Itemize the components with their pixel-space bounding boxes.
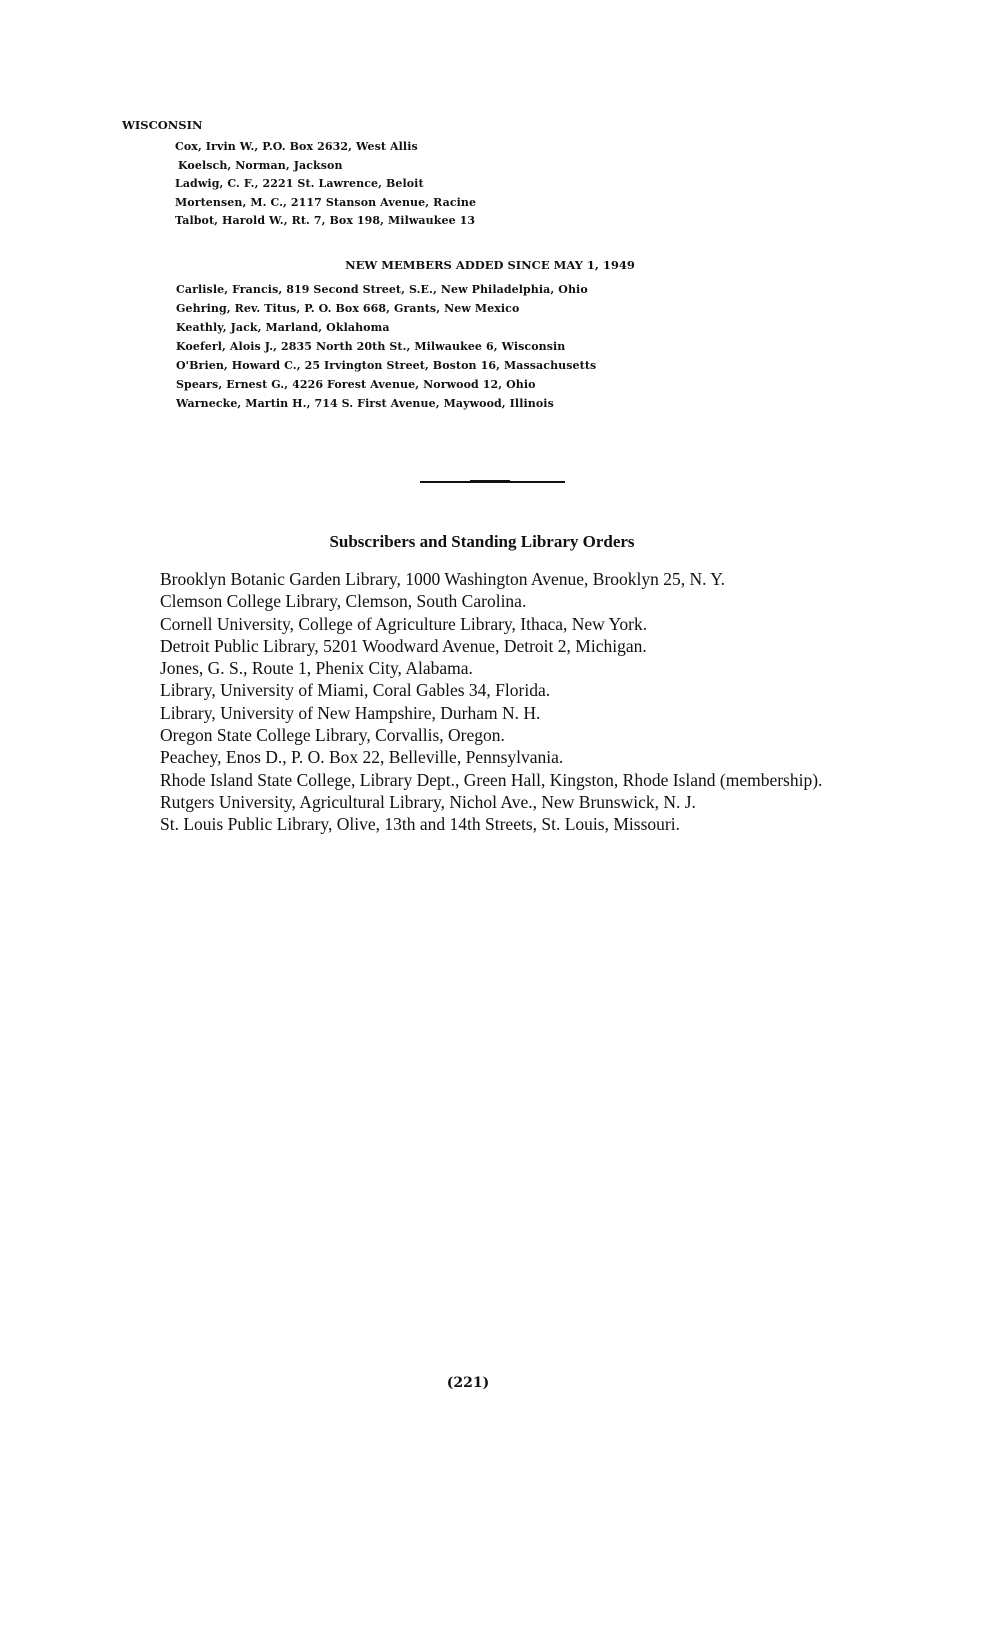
wisconsin-heading: WISCONSIN xyxy=(122,118,202,132)
list-item: Detroit Public Library, 5201 Woodward Av… xyxy=(118,635,858,657)
list-item: Rhode Island State College, Library Dept… xyxy=(118,769,858,791)
subscribers-heading-text: Subscribers and Standing Library Orders xyxy=(329,532,634,551)
new-members-list: Carlisle, Francis, 819 Second Street, S.… xyxy=(176,280,596,413)
subscribers-list: Brooklyn Botanic Garden Library, 1000 Wa… xyxy=(118,568,858,836)
list-item: Cox, Irvin W., P.O. Box 2632, West Allis xyxy=(175,137,476,156)
list-item: Warnecke, Martin H., 714 S. First Avenue… xyxy=(176,394,596,413)
new-members-heading: NEW MEMBERS ADDED SINCE MAY 1, 1949 xyxy=(0,258,1000,272)
subscribers-heading: Subscribers and Standing Library Orders xyxy=(0,532,1000,552)
list-item: Gehring, Rev. Titus, P. O. Box 668, Gran… xyxy=(176,299,596,318)
list-item: Cornell University, College of Agricultu… xyxy=(118,613,858,635)
list-item: Keathly, Jack, Marland, Oklahoma xyxy=(176,318,596,337)
list-item: Rutgers University, Agricultural Library… xyxy=(118,791,858,813)
list-item: Ladwig, C. F., 2221 St. Lawrence, Beloit xyxy=(175,174,476,193)
list-item: Talbot, Harold W., Rt. 7, Box 198, Milwa… xyxy=(175,211,476,230)
list-item: Peachey, Enos D., P. O. Box 22, Bellevil… xyxy=(118,746,858,768)
page-number-text: (221) xyxy=(447,1375,489,1391)
list-item: Brooklyn Botanic Garden Library, 1000 Wa… xyxy=(118,568,858,590)
list-item: St. Louis Public Library, Olive, 13th an… xyxy=(118,813,858,835)
page-number: (221) xyxy=(0,1375,1000,1391)
list-item: Koeferl, Alois J., 2835 North 20th St., … xyxy=(176,337,596,356)
list-item: Library, University of Miami, Coral Gabl… xyxy=(118,679,858,701)
list-item: Library, University of New Hampshire, Du… xyxy=(118,702,858,724)
list-item: Oregon State College Library, Corvallis,… xyxy=(118,724,858,746)
list-item: Mortensen, M. C., 2117 Stanson Avenue, R… xyxy=(175,193,476,212)
list-item: Koelsch, Norman, Jackson xyxy=(175,156,476,175)
new-members-heading-text: NEW MEMBERS ADDED SINCE MAY 1, 1949 xyxy=(345,258,635,272)
list-item: O'Brien, Howard C., 25 Irvington Street,… xyxy=(176,356,596,375)
wisconsin-member-list: Cox, Irvin W., P.O. Box 2632, West Allis… xyxy=(175,137,476,230)
list-item: Carlisle, Francis, 819 Second Street, S.… xyxy=(176,280,596,299)
list-item: Spears, Ernest G., 4226 Forest Avenue, N… xyxy=(176,375,596,394)
list-item: Jones, G. S., Route 1, Phenix City, Alab… xyxy=(118,657,858,679)
list-item: Clemson College Library, Clemson, South … xyxy=(118,590,858,612)
section-divider-rule xyxy=(420,481,565,483)
